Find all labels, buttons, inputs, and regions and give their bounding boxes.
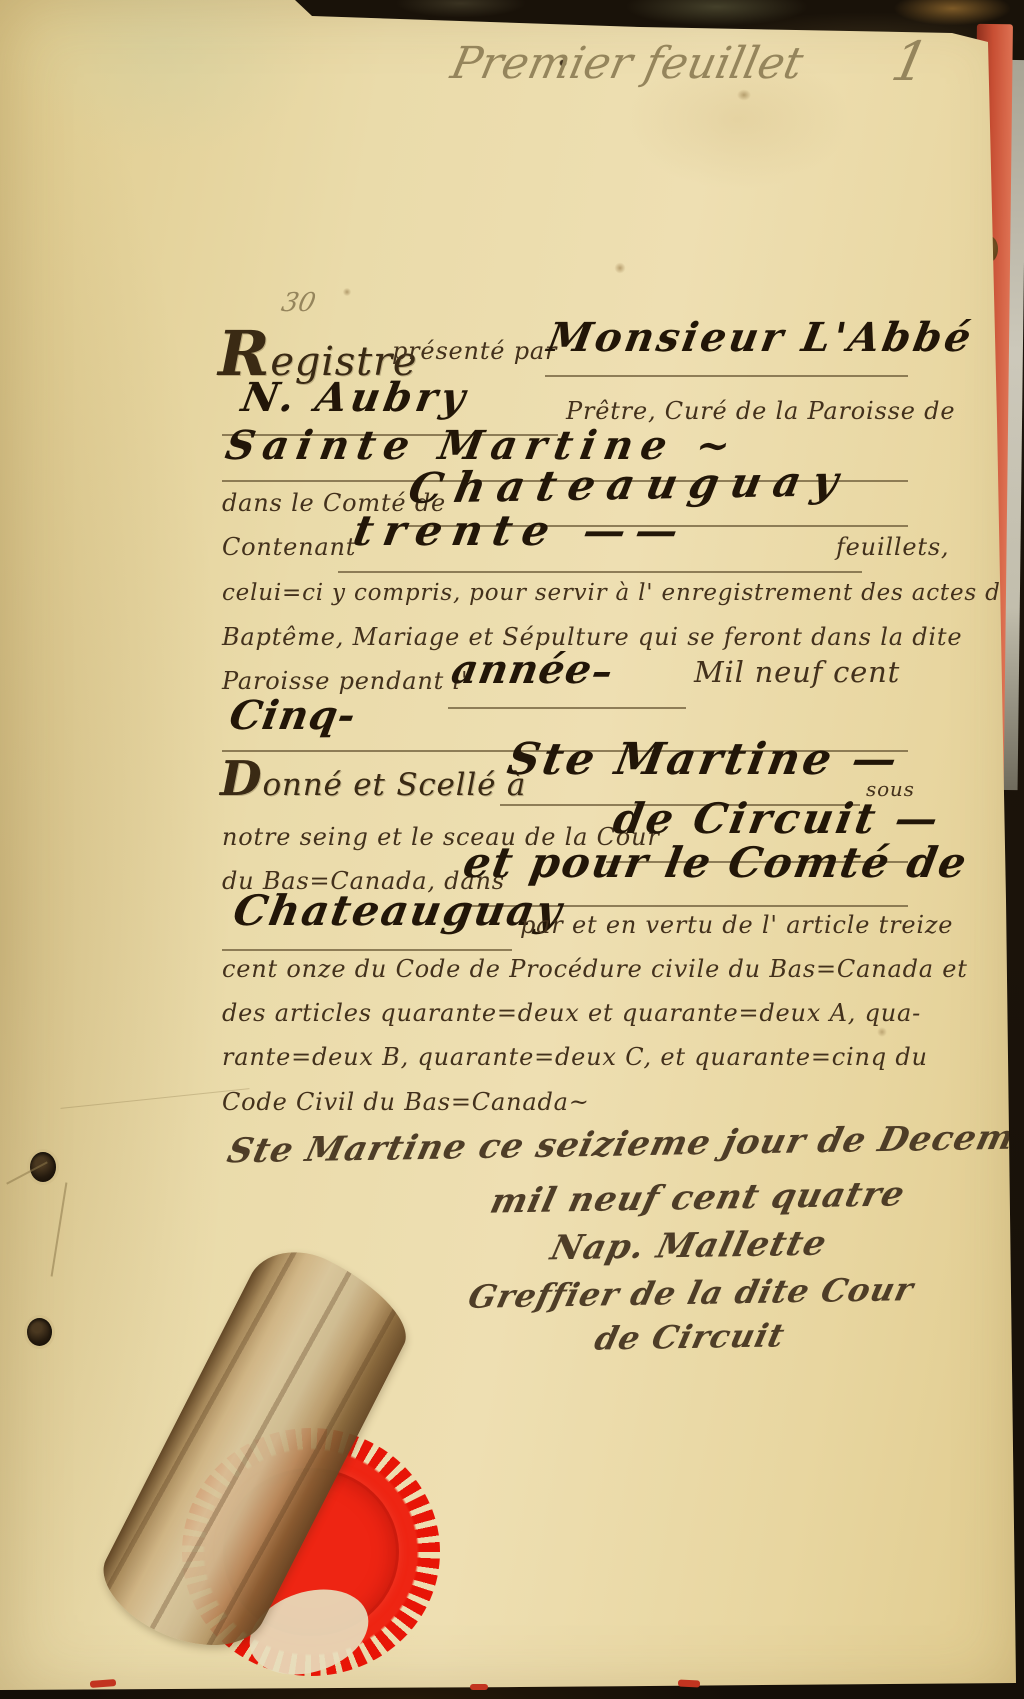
printed-article-line3: des articles quarante=deux et quarante=d… — [222, 1000, 921, 1028]
red-edge-mark — [678, 1679, 700, 1687]
pencil-count-note: 30 — [279, 288, 318, 318]
clerk-title-line1: Greffier de la dite Cour — [465, 1270, 918, 1316]
hand-et-pour-comte: et pour le Comté de — [460, 840, 972, 886]
hand-folio-count: trente —— — [350, 508, 692, 554]
ruled-line — [338, 571, 862, 573]
hand-priest-name: N. Aubry — [238, 376, 472, 420]
printed-article-line4: rante=deux B, quarante=deux C, et quaran… — [222, 1044, 928, 1072]
printed-mil-neuf-cent: Mil neuf cent — [694, 656, 900, 689]
printed-donne-scelle: Donné et Scellé à — [220, 752, 526, 807]
clerk-signature: Nap. Mallette — [547, 1224, 831, 1269]
hand-attestation-place-date: Ste Martine ce seizieme jour de Decembre — [224, 1117, 1024, 1172]
hand-county-name: Chateauguay — [405, 458, 854, 512]
hand-seal-place: Ste Martine — — [504, 736, 904, 784]
scanned-register-photo: Premier feuillet 1 30 Registre présenté … — [0, 0, 1024, 1699]
pencil-folio-number: 1 — [886, 30, 934, 93]
printed-purpose-line1: celui=ci y compris, pour servir à l' enr… — [222, 580, 1015, 606]
hand-court-type: de Circuit — — [610, 796, 944, 842]
printed-presente-par: présenté par — [392, 338, 557, 366]
ruled-line — [222, 949, 512, 951]
paper-crease — [51, 1182, 68, 1276]
printed-article-line1: par et en vertu de l' article treize — [520, 912, 953, 940]
hand-attestation-year: mil neuf cent quatre — [486, 1174, 909, 1221]
printed-article-line5: Code Civil du Bas=Canada~ — [222, 1089, 590, 1117]
clerk-title-line2: de Circuit — [591, 1316, 789, 1357]
hand-annee: année — [448, 648, 596, 692]
hand-county-name-2: Chateauguay — [230, 888, 567, 934]
punch-hole — [27, 1318, 52, 1346]
hand-year-value: Cinq- — [226, 694, 359, 738]
hand-presenter-name: Monsieur L'Abbé — [544, 316, 977, 360]
red-edge-mark — [470, 1684, 488, 1690]
printed-article-line2: cent onze du Code de Procédure civile du… — [222, 956, 968, 984]
pencil-folio-note: Premier feuillet — [447, 38, 808, 89]
ruled-line — [448, 707, 686, 709]
register-page: Premier feuillet 1 30 Registre présenté … — [0, 0, 1024, 1699]
printed-feuillets: feuillets, — [836, 534, 949, 562]
ruled-line — [545, 375, 908, 377]
printed-contenant: Contenant — [222, 534, 356, 562]
